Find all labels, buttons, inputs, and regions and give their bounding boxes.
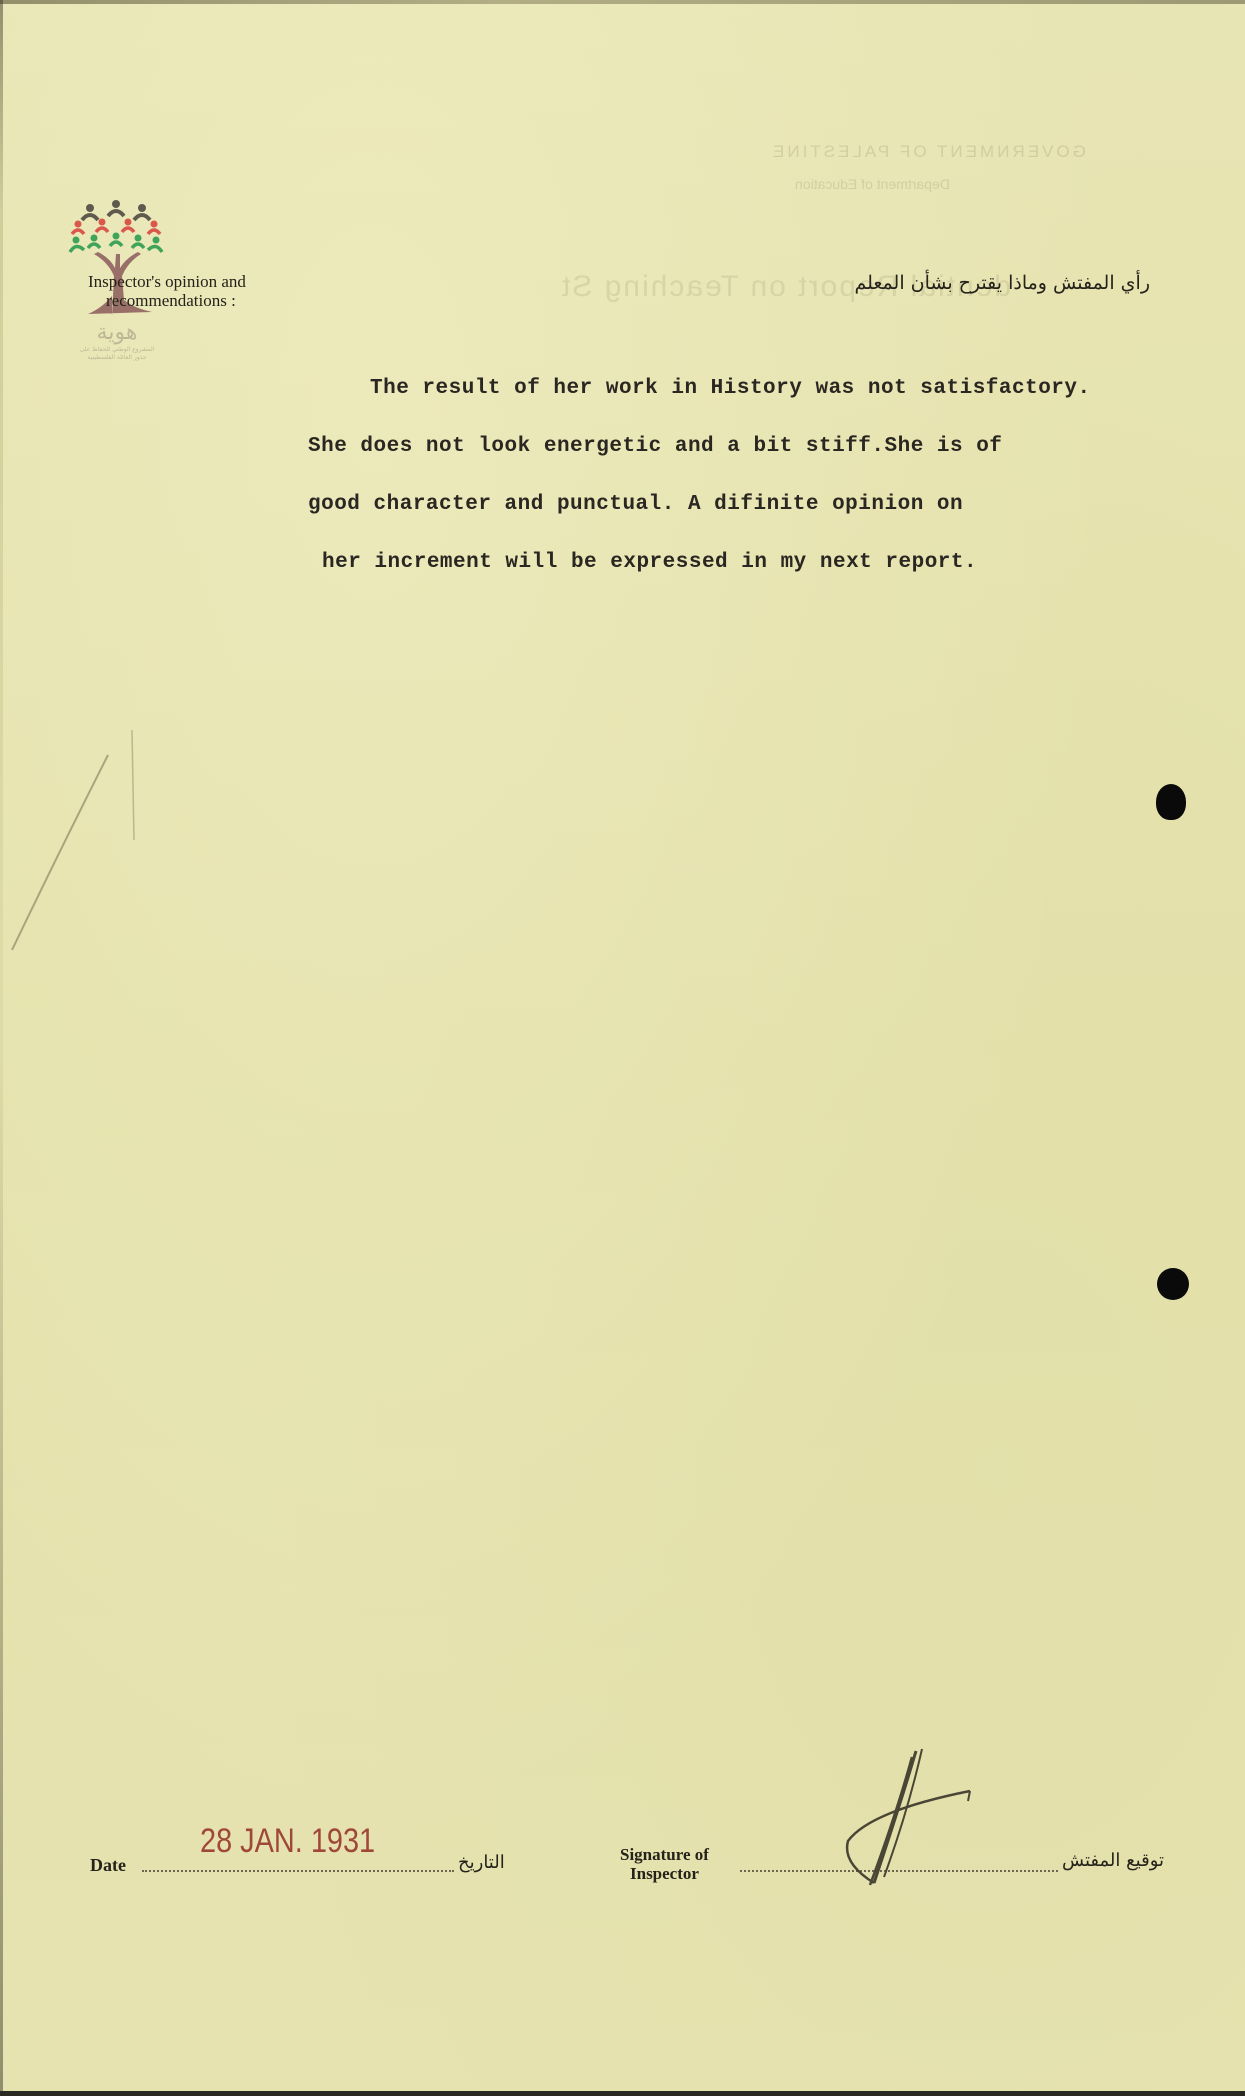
page-bottom-edge (0, 2091, 1245, 2096)
typed-remark-line-1: The result of her work in History was no… (370, 377, 1091, 400)
typed-remark-line-3: good character and punctual. A difinite … (308, 493, 963, 516)
section-label-arabic: رأي المفتش وماذا يقترح بشأن المعلم (854, 272, 1150, 294)
page-left-edge (0, 0, 3, 2096)
signature-label-line-2: Inspector (620, 1864, 709, 1883)
pencil-mark (0, 560, 200, 980)
date-stamp: 28 JAN. 1931 (200, 1822, 375, 1861)
signature-label-arabic: توقيع المفتش (1062, 1850, 1164, 1871)
section-label-line-2: recommendations : (88, 291, 246, 310)
punch-hole-top (1156, 784, 1186, 820)
signature-label: Signature of Inspector (620, 1845, 709, 1883)
bleed-through-header-2: Department of Education (795, 176, 950, 192)
date-label: Date (90, 1855, 126, 1876)
watermark-text: هوية المشروع الوطني للحفاظ على جذور العا… (72, 320, 162, 362)
date-label-arabic: التاريخ (458, 1852, 505, 1873)
paper-background (0, 0, 1245, 2096)
date-dotted-line (142, 1870, 454, 1872)
typed-remark-line-4: her increment will be expressed in my ne… (322, 551, 977, 574)
section-label-line-1: Inspector's opinion and (88, 272, 246, 291)
watermark-subtitle-2: جذور العائلة الفلسطينية (72, 354, 162, 362)
page-top-edge (0, 0, 1245, 4)
typed-remark-line-2: She does not look energetic and a bit st… (308, 435, 1002, 458)
signature-label-line-1: Signature of (620, 1845, 709, 1864)
bleed-through-header-1: GOVERNMENT OF PALESTINE (770, 142, 1086, 162)
watermark-title: هوية (72, 320, 162, 346)
section-label-english: Inspector's opinion and recommendations … (88, 272, 246, 310)
punch-hole-bottom (1157, 1268, 1189, 1300)
inspector-signature (830, 1745, 980, 1895)
watermark-subtitle-1: المشروع الوطني للحفاظ على (72, 346, 162, 354)
